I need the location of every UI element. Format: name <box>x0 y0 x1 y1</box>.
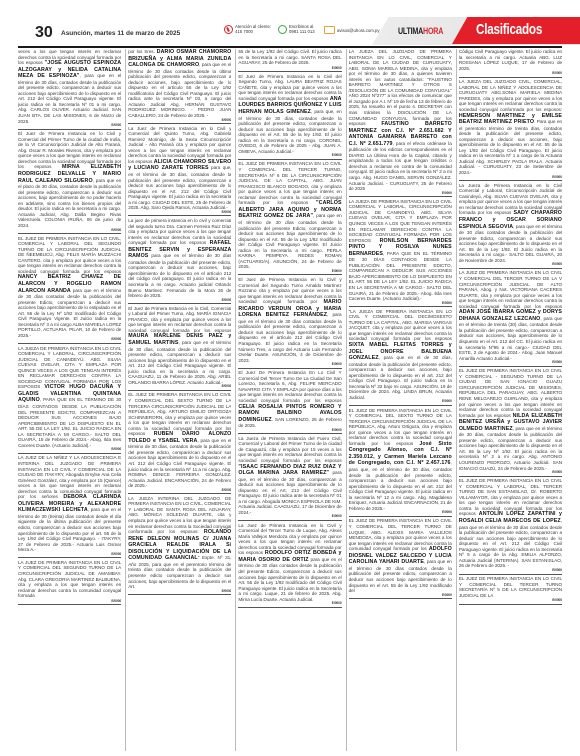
classified-ad: LA JUEZA DE PRIMERA INSTANCIA EN LO CIVI… <box>18 346 121 454</box>
classified-ad: LA JUEZ DE LA NIÑEZ Y LA ADOLESCENCIA E … <box>18 455 121 558</box>
ad-body: LA JUEZA DEL JUZGADO DE PRIMERA INSTANCI… <box>349 49 452 126</box>
ad-code: E/0000 <box>349 594 452 598</box>
ad-body-end: para que en el término de 30 días contad… <box>128 253 231 298</box>
ad-body: El Juez de Primera Instancia en lo Civil… <box>238 74 341 101</box>
ad-body-end: , para que en el término de 30 días, con… <box>459 426 562 471</box>
masthead: 30 Asunción, martes 11 de marzo de 2025 … <box>0 0 580 48</box>
classified-ad: EL JUEZ DE PRIMERA INSTANCIA EN LO CIVIL… <box>459 576 562 605</box>
ad-body: LA JUEZ DE LA NIÑEZ Y LA ADOLESCENCIA E … <box>18 455 121 499</box>
ad-body: LA JUEZA DE PRIMERA INSTANCIA EN LO CIVI… <box>18 346 121 390</box>
ad-code: E/0000 <box>238 429 341 433</box>
ad-code: E/0000 <box>128 385 231 389</box>
ad-code: E/0000 <box>459 569 562 573</box>
classified-ad: veces a los que tengan interés en reclam… <box>18 49 121 130</box>
classified-ad: La Juez de Primera Instancia en lo Civil… <box>128 126 231 217</box>
section-title: Clasificados <box>452 17 580 44</box>
ad-body-end: , para que, en el término de 30 días, co… <box>238 109 341 154</box>
ad-body: EL JUEZ DE PRIMERA INSTANCIA EN LO CIVIL… <box>18 236 121 274</box>
ad-code: E/0000 <box>128 119 231 123</box>
ad-code: E/0000 <box>459 263 562 267</box>
ad-body-end: , para que en el término de 30 días, con… <box>128 438 231 488</box>
whatsapp-icon <box>278 25 287 34</box>
ad-code: E/0000 <box>128 211 231 215</box>
classified-ad: La Jueza de Primera Instancia del Fuero … <box>238 436 341 521</box>
ad-body: EL JUEZ DE PRIMERA INSTANCIA EN LO CIVIL… <box>128 392 231 436</box>
ad-code: E/0000 <box>238 67 341 71</box>
ad-code: E/0000 <box>18 553 121 557</box>
ad-body-end: para que, en el término de 30 días, cont… <box>128 165 231 210</box>
classified-ad: El Juez de Primera Instancia en lo Civil… <box>128 306 231 391</box>
ad-body: EL JUEZ DE PRIMERA INSTANCIA EN LO CIVIL… <box>238 161 341 205</box>
header-rule <box>18 46 562 48</box>
ad-body-end: , para que en el término de 30 días cont… <box>459 518 562 568</box>
ad-code: E/0000 <box>238 363 341 367</box>
column-1: veces a los que tengan interés en reclam… <box>18 49 121 751</box>
classified-ad: 55 de la Ley 1/92 del Código Civil. El j… <box>238 49 341 72</box>
classified-ad: por los Sres. DARIO OSMAR CHAMORRO BRIZU… <box>128 49 231 124</box>
classified-ad: LA JUEZA DEL JUZGADO DE PRIMERA INSTANCI… <box>349 49 452 197</box>
contact-value: 415 7000 <box>235 29 253 34</box>
ad-code: E/0000 <box>459 471 562 475</box>
contact-value: avisos@uhora.com.py <box>337 28 380 33</box>
classified-ad: Código Civil Paraguayo vigente. El juici… <box>459 49 562 78</box>
contact-phone[interactable]: Atención al cliente: 415 7000 <box>224 24 271 34</box>
ad-code: E/0000 <box>18 600 121 604</box>
ad-code: E/0000 <box>128 299 231 303</box>
ad-body-end: , para que en el plazo de 30 días, conta… <box>18 178 121 228</box>
ad-body-end: . Para que en el perentorio término de t… <box>459 119 562 175</box>
column-4: LA JUEZA DEL JUZGADO DE PRIMERA INSTANCI… <box>346 49 452 751</box>
ad-body: LA JUEZA DE PRIMERA INSTANCIA EN LO CIVI… <box>349 199 452 243</box>
ad-code: E/0000 <box>128 590 231 594</box>
ad-body-end: , PARA QUE EN EL TÉRMINO DE 30 DÍAS CONT… <box>349 251 452 301</box>
ad-body-end: , para que en el término de 30 días cont… <box>128 62 231 118</box>
classified-ad: EL JUEZ DE PRIMERA INSTANCIA EN LO CIVIL… <box>18 236 121 344</box>
ad-body-end: , PARA QUE EN EL TÉRMINO DE 30 DÍAS CONT… <box>18 397 121 447</box>
ad-code: E/0000 <box>459 599 562 603</box>
ad-code: E/0000 <box>349 400 452 404</box>
ad-body: Código Civil Paraguayo vigente. El juici… <box>459 49 562 71</box>
page-number: 30 <box>35 24 53 42</box>
ad-code: E/0000 <box>18 338 121 342</box>
ad-body-end: , para el efecto ordénase la publicación… <box>349 141 452 191</box>
classifieds-columns: veces a los que tengan interés en reclam… <box>18 49 562 751</box>
column-5: Código Civil Paraguayo vigente. El juici… <box>456 49 562 751</box>
classified-ad: EL JUEZ DE PRIMERA INSTANCIA EN LO CIVIL… <box>238 161 341 275</box>
classified-ad: LA JUEZ DE PRIMERA INSTANCIA EN LO CIVIL… <box>459 270 562 366</box>
dateline: Asunción, martes 11 de marzo de 2025 <box>61 30 180 37</box>
classified-ad: LA JUEZA DE PRIMERA INSTANCIA EN LO CIVI… <box>349 199 452 307</box>
ad-body-end: para que, en el término de 30 días, comp… <box>238 470 341 515</box>
classified-ad: La juez de primera instancia en lo civil… <box>128 218 231 304</box>
contact-email[interactable]: avisos@uhora.com.py <box>324 26 380 34</box>
column-2: por los Sres. DARIO OSMAR CHAMORRO BRIZU… <box>125 49 231 751</box>
ad-code: E/0000 <box>128 489 231 493</box>
ad-body: LA JUEZA DEL JUZGADO CIVIL, COMERCIAL, L… <box>459 79 562 112</box>
ad-code: E/0000 <box>459 72 562 76</box>
column-3: 55 de la Ley 1/92 del Código Civil. El j… <box>235 49 341 751</box>
ad-code: E/0000 <box>238 515 341 519</box>
ad-code: E/0000 <box>349 511 452 515</box>
classified-ad: El Juez de Primera Instancia en lo Civil… <box>18 131 121 234</box>
ad-body-end: , para que en el de 30 días, contados de… <box>349 355 452 400</box>
ad-body-end: para que en el término de 30 días contad… <box>238 557 341 602</box>
ad-body-end: , para que en el término de 30 días cont… <box>238 213 341 269</box>
ad-body: El Juez De Primera Instancia En Lo Civil… <box>238 370 341 403</box>
classified-ad: LA JUEZA INTERINA DEL JUZGADO DE PRIMERA… <box>128 496 231 595</box>
ad-code: E/0000 <box>459 176 562 180</box>
ad-party-names: "ISAAC FERNANDO DIAZ RUIZ DIAZ Y OLGA MA… <box>238 464 341 477</box>
ad-body: LA JUEZ DE PRIMERA INSTANCIA EN LO CIVIL… <box>18 560 121 598</box>
ad-body-end: para que en el término de 30 días contad… <box>18 288 121 338</box>
brand-logo: ULTIMAHORA <box>398 26 443 37</box>
ad-code: E/0000 <box>459 361 562 365</box>
ad-code: E/0000 <box>18 448 121 452</box>
ad-code: E/0000 <box>238 154 341 158</box>
classified-ad: EL JUEZ DE PRIMERA INSTANCIA EN LO CIVIL… <box>459 478 562 574</box>
classified-ad: EL JUEZ DE PRIMERA INSTANCIA EN LO CIVIL… <box>349 408 452 517</box>
ad-code: E/0000 <box>238 270 341 274</box>
ad-body-end: , para que en el término de treinta (30)… <box>459 316 562 361</box>
ad-body-end: , para que en el término de 30 días, con… <box>128 340 231 385</box>
ad-body: El Juez de Primera Instancia en lo Civil… <box>128 306 231 333</box>
ad-body-end: , para que en el término de 30 (treinta)… <box>18 507 121 552</box>
ad-code: E/0000 <box>18 229 121 233</box>
ad-body: LA JUEZ DE PRIMERA INSTANCIA EN LO CIVIL… <box>459 270 562 308</box>
classified-ad: El Juez de Primera Instancia en lo Civil… <box>238 74 341 160</box>
ad-body: por los Sres. <box>128 49 156 54</box>
contact-value: 0981 111 013 <box>289 29 315 34</box>
classified-ad: EL JUEZ DE PRIMERA INSTANCIA EN LO CIVIL… <box>128 392 231 494</box>
classified-ad: La Juez de Primera Instancia en lo Civil… <box>238 523 341 608</box>
ad-body: 55 de la Ley 1/92 del Código Civil. El j… <box>238 49 341 65</box>
ad-code: E/0000 <box>349 302 452 306</box>
ad-code: E/0000 <box>238 602 341 606</box>
ad-body-end: , para que en el término de 30 días, con… <box>18 73 121 123</box>
phone-icon <box>224 25 233 34</box>
classified-ad: El Juez De Primera Instancia En Lo Civil… <box>238 370 341 434</box>
ad-body-end: , para que, en el término de 30 días, co… <box>349 460 452 510</box>
ad-body: "LA JUEZA DE PRIMERA INSTANCIA EN LO CIV… <box>349 309 452 342</box>
classified-ad: EL JUEZ DE PRIMERA INSTANCIA EN LO CIVIL… <box>349 518 452 599</box>
ad-body: EL JUEZ DE PRIMERA INSTANCIA EN LO CIVIL… <box>459 576 562 598</box>
classified-ad: La Jueza de Primera Instancia en lo Civi… <box>459 183 562 269</box>
ad-body-end: , para que en el término de 30 días cont… <box>459 224 562 263</box>
classified-ad: LA JUEZ DE PRIMERA INSTANCIA EN LO CIVIL… <box>18 560 121 605</box>
ad-body: La Jueza de Primera Instancia del Fuero … <box>238 436 341 463</box>
classified-ad: EL JUEZ DE PRIMERA INSTANCIA EN LO CIVIL… <box>459 368 562 476</box>
classified-ad: LA JUEZA DEL JUZGADO CIVIL, COMERCIAL, L… <box>459 79 562 181</box>
ad-body: EL JUEZ DE PRIMERA INSTANCIA EN LO CIVIL… <box>459 368 562 417</box>
classified-ad: El Juez de Primera Instancia en lo Civil… <box>238 277 341 369</box>
ad-code: E/0000 <box>349 192 452 196</box>
mail-icon <box>324 26 335 34</box>
classified-ad: "LA JUEZA DE PRIMERA INSTANCIA EN LO CIV… <box>349 309 452 406</box>
ad-body-end: , para que en el término de 30 días cont… <box>238 312 341 362</box>
ad-code: E/0000 <box>18 124 121 128</box>
contact-whatsapp[interactable]: Escribinos al 0981 111 013 <box>278 24 315 34</box>
